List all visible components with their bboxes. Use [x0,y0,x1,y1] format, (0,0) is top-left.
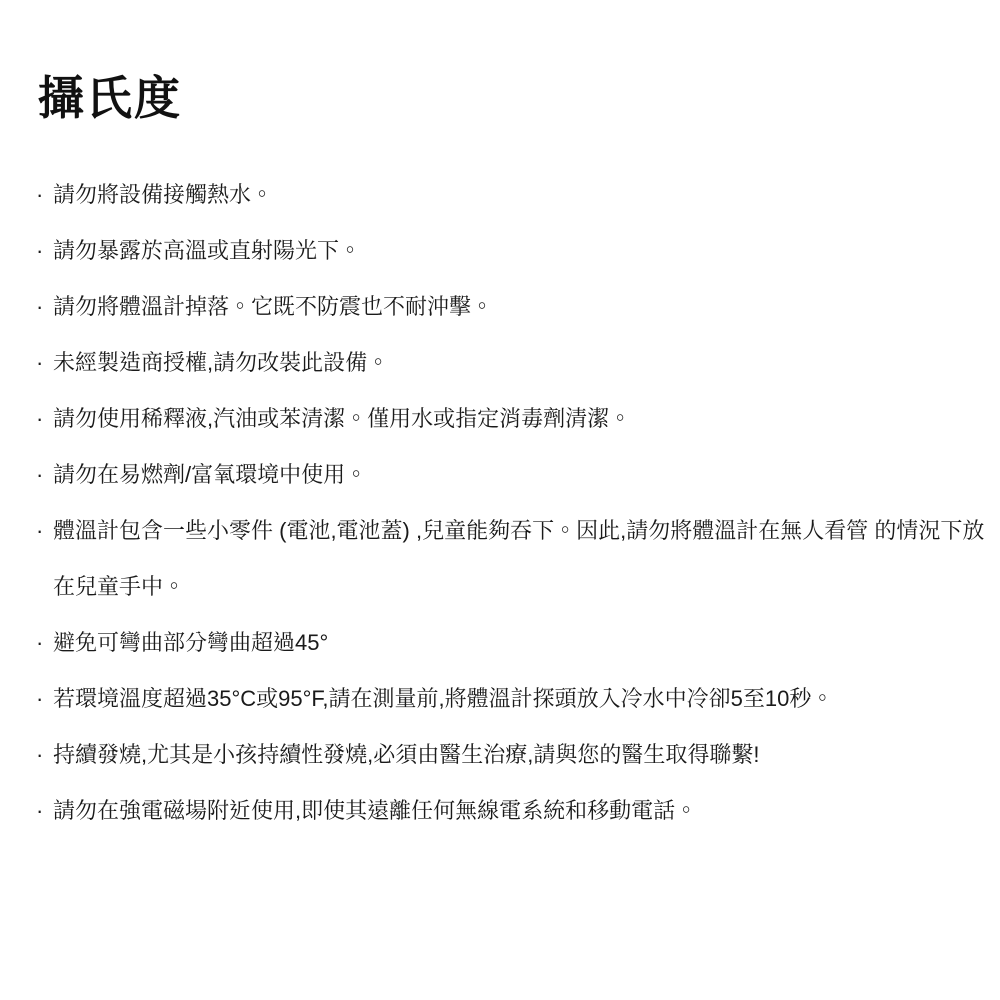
bullet-icon: · [36,447,53,503]
bullet-icon: · [36,223,53,279]
list-item-text: 體溫計包含一些小零件 (電池,電池蓋) ,兒童能夠吞下。因此,請勿將體溫計在無人… [53,503,992,615]
list-item: · 持續發燒,尤其是小孩持續性發燒,必須由醫生治療,請與您的醫生取得聯繫! [36,727,992,783]
bullet-icon: · [36,727,53,783]
list-item-text: 若環境溫度超過35°C或95°F,請在測量前,將體溫計探頭放入冷水中冷卻5至10… [53,671,992,727]
list-item: · 請勿將體溫計掉落。它既不防震也不耐沖擊。 [36,279,992,335]
bullet-icon: · [36,503,53,559]
bullet-icon: · [36,391,53,447]
list-item: · 體溫計包含一些小零件 (電池,電池蓋) ,兒童能夠吞下。因此,請勿將體溫計在… [36,503,992,615]
bullet-icon: · [36,167,53,223]
bullet-icon: · [36,783,53,839]
list-item: · 請勿在易燃劑/富氧環境中使用。 [36,447,992,503]
list-item-text: 請勿暴露於高溫或直射陽光下。 [53,223,992,279]
warning-list: · 請勿將設備接觸熱水。 · 請勿暴露於高溫或直射陽光下。 · 請勿將體溫計掉落… [36,167,992,839]
list-item-text: 持續發燒,尤其是小孩持續性發燒,必須由醫生治療,請與您的醫生取得聯繫! [53,727,992,783]
list-item-text: 請勿使用稀釋液,汽油或苯清潔。僅用水或指定消毒劑清潔。 [53,391,992,447]
bullet-icon: · [36,279,53,335]
list-item: · 請勿將設備接觸熱水。 [36,167,992,223]
bullet-icon: · [36,671,53,727]
list-item: · 若環境溫度超過35°C或95°F,請在測量前,將體溫計探頭放入冷水中冷卻5至… [36,671,992,727]
list-item: · 避免可彎曲部分彎曲超過45° [36,615,992,671]
page-title: 攝氏度 [38,72,992,125]
list-item: · 未經製造商授權,請勿改裝此設備。 [36,335,992,391]
list-item: · 請勿在強電磁場附近使用,即使其遠離任何無線電系統和移動電話。 [36,783,992,839]
list-item: · 請勿使用稀釋液,汽油或苯清潔。僅用水或指定消毒劑清潔。 [36,391,992,447]
list-item-text: 請勿將設備接觸熱水。 [53,167,992,223]
list-item-text: 避免可彎曲部分彎曲超過45° [53,615,992,671]
manual-page: 攝氏度 · 請勿將設備接觸熱水。 · 請勿暴露於高溫或直射陽光下。 · 請勿將體… [0,0,1000,1000]
bullet-icon: · [36,335,53,391]
bullet-icon: · [36,615,53,671]
list-item-text: 請勿在強電磁場附近使用,即使其遠離任何無線電系統和移動電話。 [53,783,992,839]
list-item-text: 請勿將體溫計掉落。它既不防震也不耐沖擊。 [53,279,992,335]
list-item: · 請勿暴露於高溫或直射陽光下。 [36,223,992,279]
list-item-text: 請勿在易燃劑/富氧環境中使用。 [53,447,992,503]
list-item-text: 未經製造商授權,請勿改裝此設備。 [53,335,992,391]
